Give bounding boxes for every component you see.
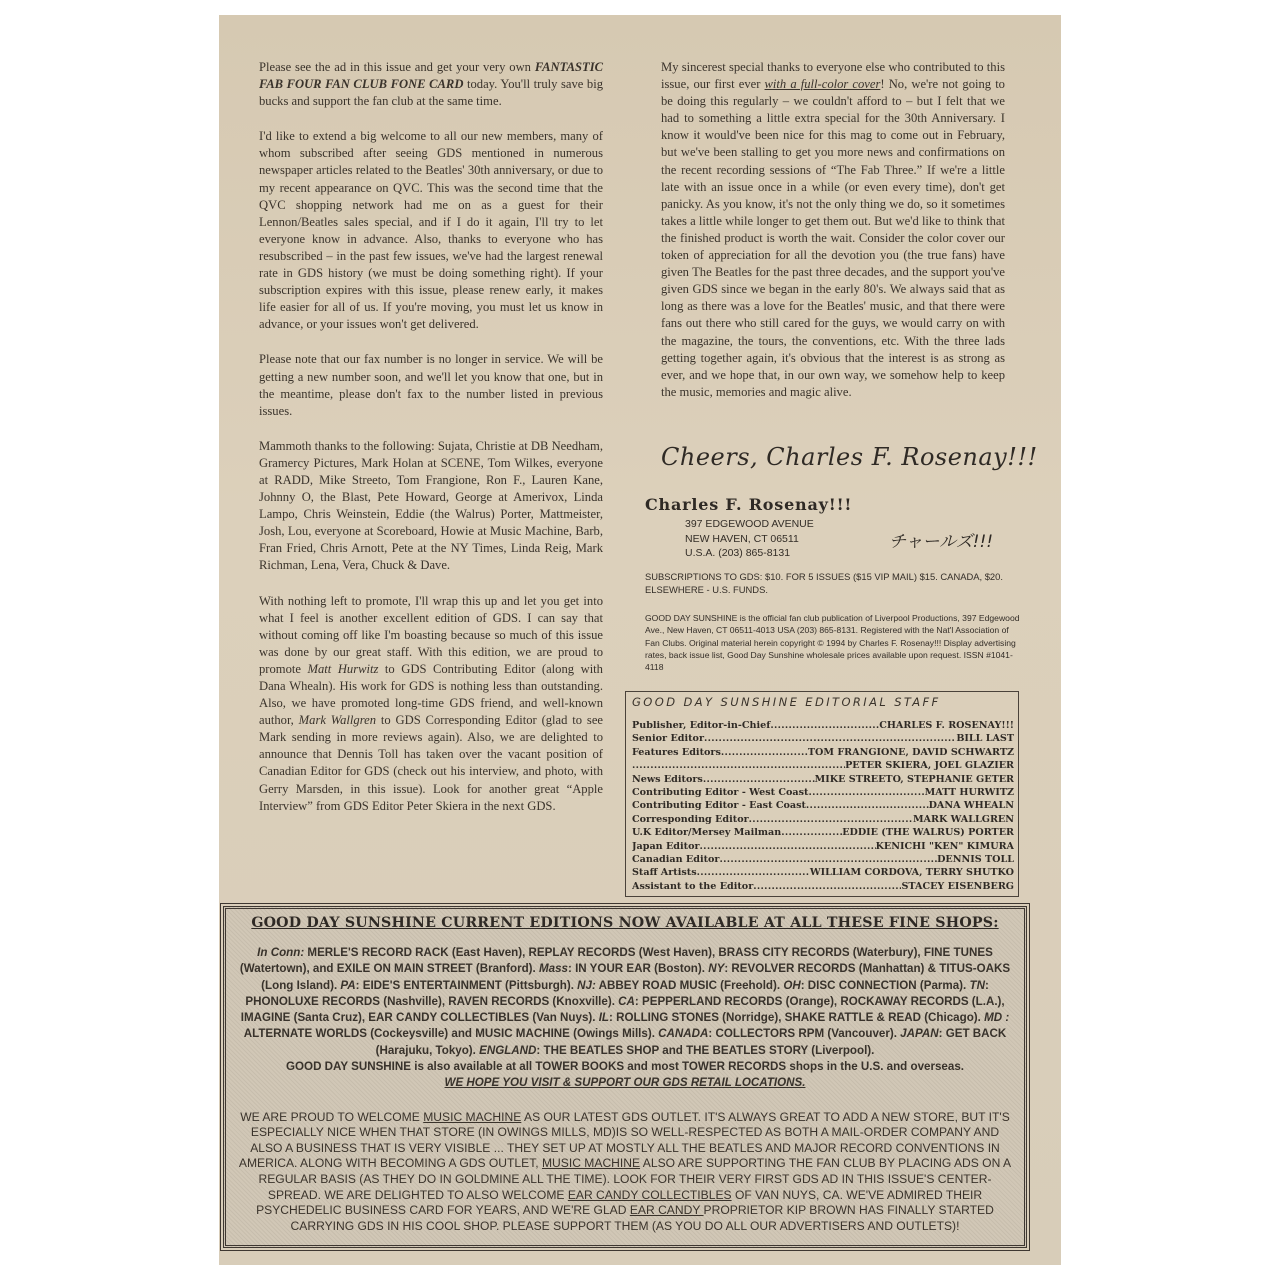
dot-leader: [697, 866, 810, 879]
shops-title: GOOD DAY SUNSHINE CURRENT EDITIONS NOW A…: [226, 915, 1024, 931]
shop-region: ENGLAND: [479, 1044, 536, 1057]
mark-wallgren-name: Mark Wallgren: [299, 713, 376, 727]
staff-row: Contributing Editor - East CoastDANA WHE…: [632, 799, 1014, 812]
dot-leader: [781, 826, 842, 839]
retail-shops-box: GOOD DAY SUNSHINE CURRENT EDITIONS NOW A…: [223, 906, 1027, 1248]
staff-row: Assistant to the EditorSTACEY EISENBERG: [632, 880, 1014, 893]
support-line: WE HOPE YOU VISIT & SUPPORT OUR GDS RETA…: [445, 1076, 806, 1089]
matt-hurwitz-name: Matt Hurwitz: [308, 662, 379, 676]
staff-name: DENNIS TOLL: [937, 853, 1014, 866]
staff-role: Corresponding Editor: [632, 813, 749, 826]
staff-role: News Editors: [632, 773, 703, 786]
staff-row: Staff ArtistsWILLIAM CORDOVA, TERRY SHUT…: [632, 866, 1014, 879]
shop-region: PA: [340, 979, 355, 992]
shop-entry: : IN YOUR EAR (Boston).: [568, 962, 708, 975]
dot-leader: [770, 719, 879, 732]
shop-entry: ALTERNATE WORLDS (Cockeysville) and MUSI…: [244, 1027, 658, 1040]
staff-name: TOM FRANGIONE, DAVID SCHWARTZ: [808, 746, 1014, 759]
dot-leader: [703, 773, 815, 786]
staff-name: MATT HURWITZ: [925, 786, 1014, 799]
shop-region: MD :: [984, 1011, 1009, 1024]
staff-row: Publisher, Editor-in-ChiefCHARLES F. ROS…: [632, 719, 1014, 732]
address-line-2: NEW HAVEN, CT 06511: [685, 532, 814, 547]
shop-region: NY: [708, 962, 724, 975]
staff-role: Staff Artists: [632, 866, 697, 879]
tower-note: GOOD DAY SUNSHINE is also available at a…: [286, 1060, 964, 1073]
staff-name: CHARLES F. ROSENAY!!!: [879, 719, 1014, 732]
staff-name: DANA WHEALN: [929, 799, 1014, 812]
staff-name: KENICHI "KEN" KIMURA: [876, 840, 1014, 853]
dot-leader: [749, 813, 913, 826]
staff-name: MIKE STREETO, STEPHANIE GETER: [815, 773, 1014, 786]
shop-region: OH: [783, 979, 800, 992]
staff-row: U.K Editor/Mersey MailmanEDDIE (The Walr…: [632, 826, 1014, 839]
full-color-cover-phrase: with a full-color cover: [765, 77, 881, 91]
editorial-staff-list: Publisher, Editor-in-ChiefCHARLES F. ROS…: [632, 719, 1014, 893]
staff-role: Publisher, Editor-in-Chief: [632, 719, 770, 732]
staff-name: PETER SKIERA, JOEL GLAZIER: [845, 759, 1014, 772]
promotions-paragraph: With nothing left to promote, I'll wrap …: [259, 593, 603, 815]
fone-card-paragraph: Please see the ad in this issue and get …: [259, 59, 603, 110]
shop-entry: : DISC CONNECTION (Parma).: [801, 979, 970, 992]
shop-region: CA: [618, 995, 635, 1008]
magazine-page: Please see the ad in this issue and get …: [219, 15, 1061, 1265]
dot-leader: [753, 880, 901, 893]
staff-role: Assistant to the Editor: [632, 880, 753, 893]
shop-region: Mass: [539, 962, 568, 975]
dot-leader: [721, 746, 808, 759]
editorial-staff-box: GOOD DAY SUNSHINE EDITORIAL STAFF Publis…: [625, 691, 1019, 897]
staff-role: Contributing Editor - East Coast: [632, 799, 806, 812]
staff-role: Features Editors: [632, 746, 721, 759]
shops-listing: In Conn: MERLE'S RECORD RACK (East Haven…: [238, 945, 1012, 1092]
editorial-staff-title: GOOD DAY SUNSHINE EDITORIAL STAFF: [632, 695, 1014, 709]
shop-entry: : ROLLING STONES (Norridge), SHAKE RATTL…: [609, 1011, 984, 1024]
address-line-3: U.S.A. (203) 865-8131: [685, 546, 814, 561]
music-machine-mention: MUSIC MACHINE: [423, 1110, 521, 1124]
staff-role: Senior Editor: [632, 732, 704, 745]
dot-leader: [719, 853, 937, 866]
fax-notice-paragraph: Please note that our fax number is no lo…: [259, 351, 603, 419]
contact-address: 397 EDGEWOOD AVENUE NEW HAVEN, CT 06511 …: [685, 517, 814, 561]
shop-region: JAPAN: [900, 1027, 938, 1040]
contact-name: Charles F. Rosenay!!!: [645, 495, 852, 514]
staff-row: Canadian EditorDENNIS TOLL: [632, 853, 1014, 866]
staff-name: MARK WALLGREN: [913, 813, 1014, 826]
left-column: Please see the ad in this issue and get …: [259, 59, 603, 833]
staff-name: EDDIE (The Walrus) PORTER: [842, 826, 1014, 839]
shop-region: CANADA: [658, 1027, 708, 1040]
special-thanks-paragraph: My sincerest special thanks to everyone …: [661, 59, 1005, 401]
shop-region: IL: [599, 1011, 609, 1024]
welcome-members-paragraph: I'd like to extend a big welcome to all …: [259, 128, 603, 333]
shop-entry: : EIDE'S ENTERTAINMENT (Pittsburgh).: [356, 979, 578, 992]
staff-row: News EditorsMIKE STREETO, STEPHANIE GETE…: [632, 773, 1014, 786]
staff-role: U.K Editor/Mersey Mailman: [632, 826, 781, 839]
staff-row: Corresponding EditorMARK WALLGREN: [632, 813, 1014, 826]
katakana-signature: チャールズ!!!: [889, 527, 993, 552]
shop-entry: ABBEY ROAD MUSIC (Freehold).: [596, 979, 783, 992]
shop-region: In Conn:: [257, 946, 304, 959]
thanks-paragraph: Mammoth thanks to the following: Sujata,…: [259, 438, 603, 575]
ear-candy-mention: EAR CANDY: [630, 1203, 704, 1217]
publisher-note: GOOD DAY SUNSHINE is the official fan cl…: [645, 612, 1025, 673]
staff-name: WILLIAM CORDOVA, TERRY SHUTKO: [810, 866, 1014, 879]
staff-row: PETER SKIERA, JOEL GLAZIER: [632, 759, 1014, 772]
dot-leader: [806, 799, 929, 812]
shop-region: NJ:: [577, 979, 596, 992]
dot-leader: [809, 786, 925, 799]
music-machine-mention: MUSIC MACHINE: [542, 1156, 640, 1170]
new-outlets-welcome: WE ARE PROUD TO WELCOME MUSIC MACHINE AS…: [236, 1110, 1014, 1235]
shop-entry: : COLLECTORS RPM (Vancouver).: [708, 1027, 900, 1040]
staff-name: STACEY EISENBERG: [901, 880, 1014, 893]
staff-row: Senior EditorBILL LAST: [632, 732, 1014, 745]
dot-leader: [704, 732, 956, 745]
staff-row: Contributing Editor - West CoastMATT HUR…: [632, 786, 1014, 799]
staff-role: Contributing Editor - West Coast: [632, 786, 809, 799]
staff-row: Features EditorsTOM FRANGIONE, DAVID SCH…: [632, 746, 1014, 759]
staff-role: Canadian Editor: [632, 853, 719, 866]
shop-entry: : THE BEATLES SHOP and THE BEATLES STORY…: [536, 1044, 874, 1057]
subscription-info: SUBSCRIPTIONS TO GDS: $10. FOR 5 ISSUES …: [645, 571, 1025, 596]
address-line-1: 397 EDGEWOOD AVENUE: [685, 517, 814, 532]
staff-row: Japan EditorKENICHI "KEN" KIMURA: [632, 840, 1014, 853]
handwritten-signature: Cheers, Charles F. Rosenay!!!: [661, 443, 1038, 471]
dot-leader: [700, 840, 876, 853]
shop-region: TN: [969, 979, 984, 992]
staff-name: BILL LAST: [956, 732, 1014, 745]
shop-listings: In Conn: MERLE'S RECORD RACK (East Haven…: [240, 946, 1010, 1057]
staff-role: Japan Editor: [632, 840, 700, 853]
right-column: My sincerest special thanks to everyone …: [661, 59, 1005, 419]
ear-candy-mention: EAR CANDY COLLECTIBLES: [568, 1188, 732, 1202]
dot-leader: [632, 759, 845, 772]
